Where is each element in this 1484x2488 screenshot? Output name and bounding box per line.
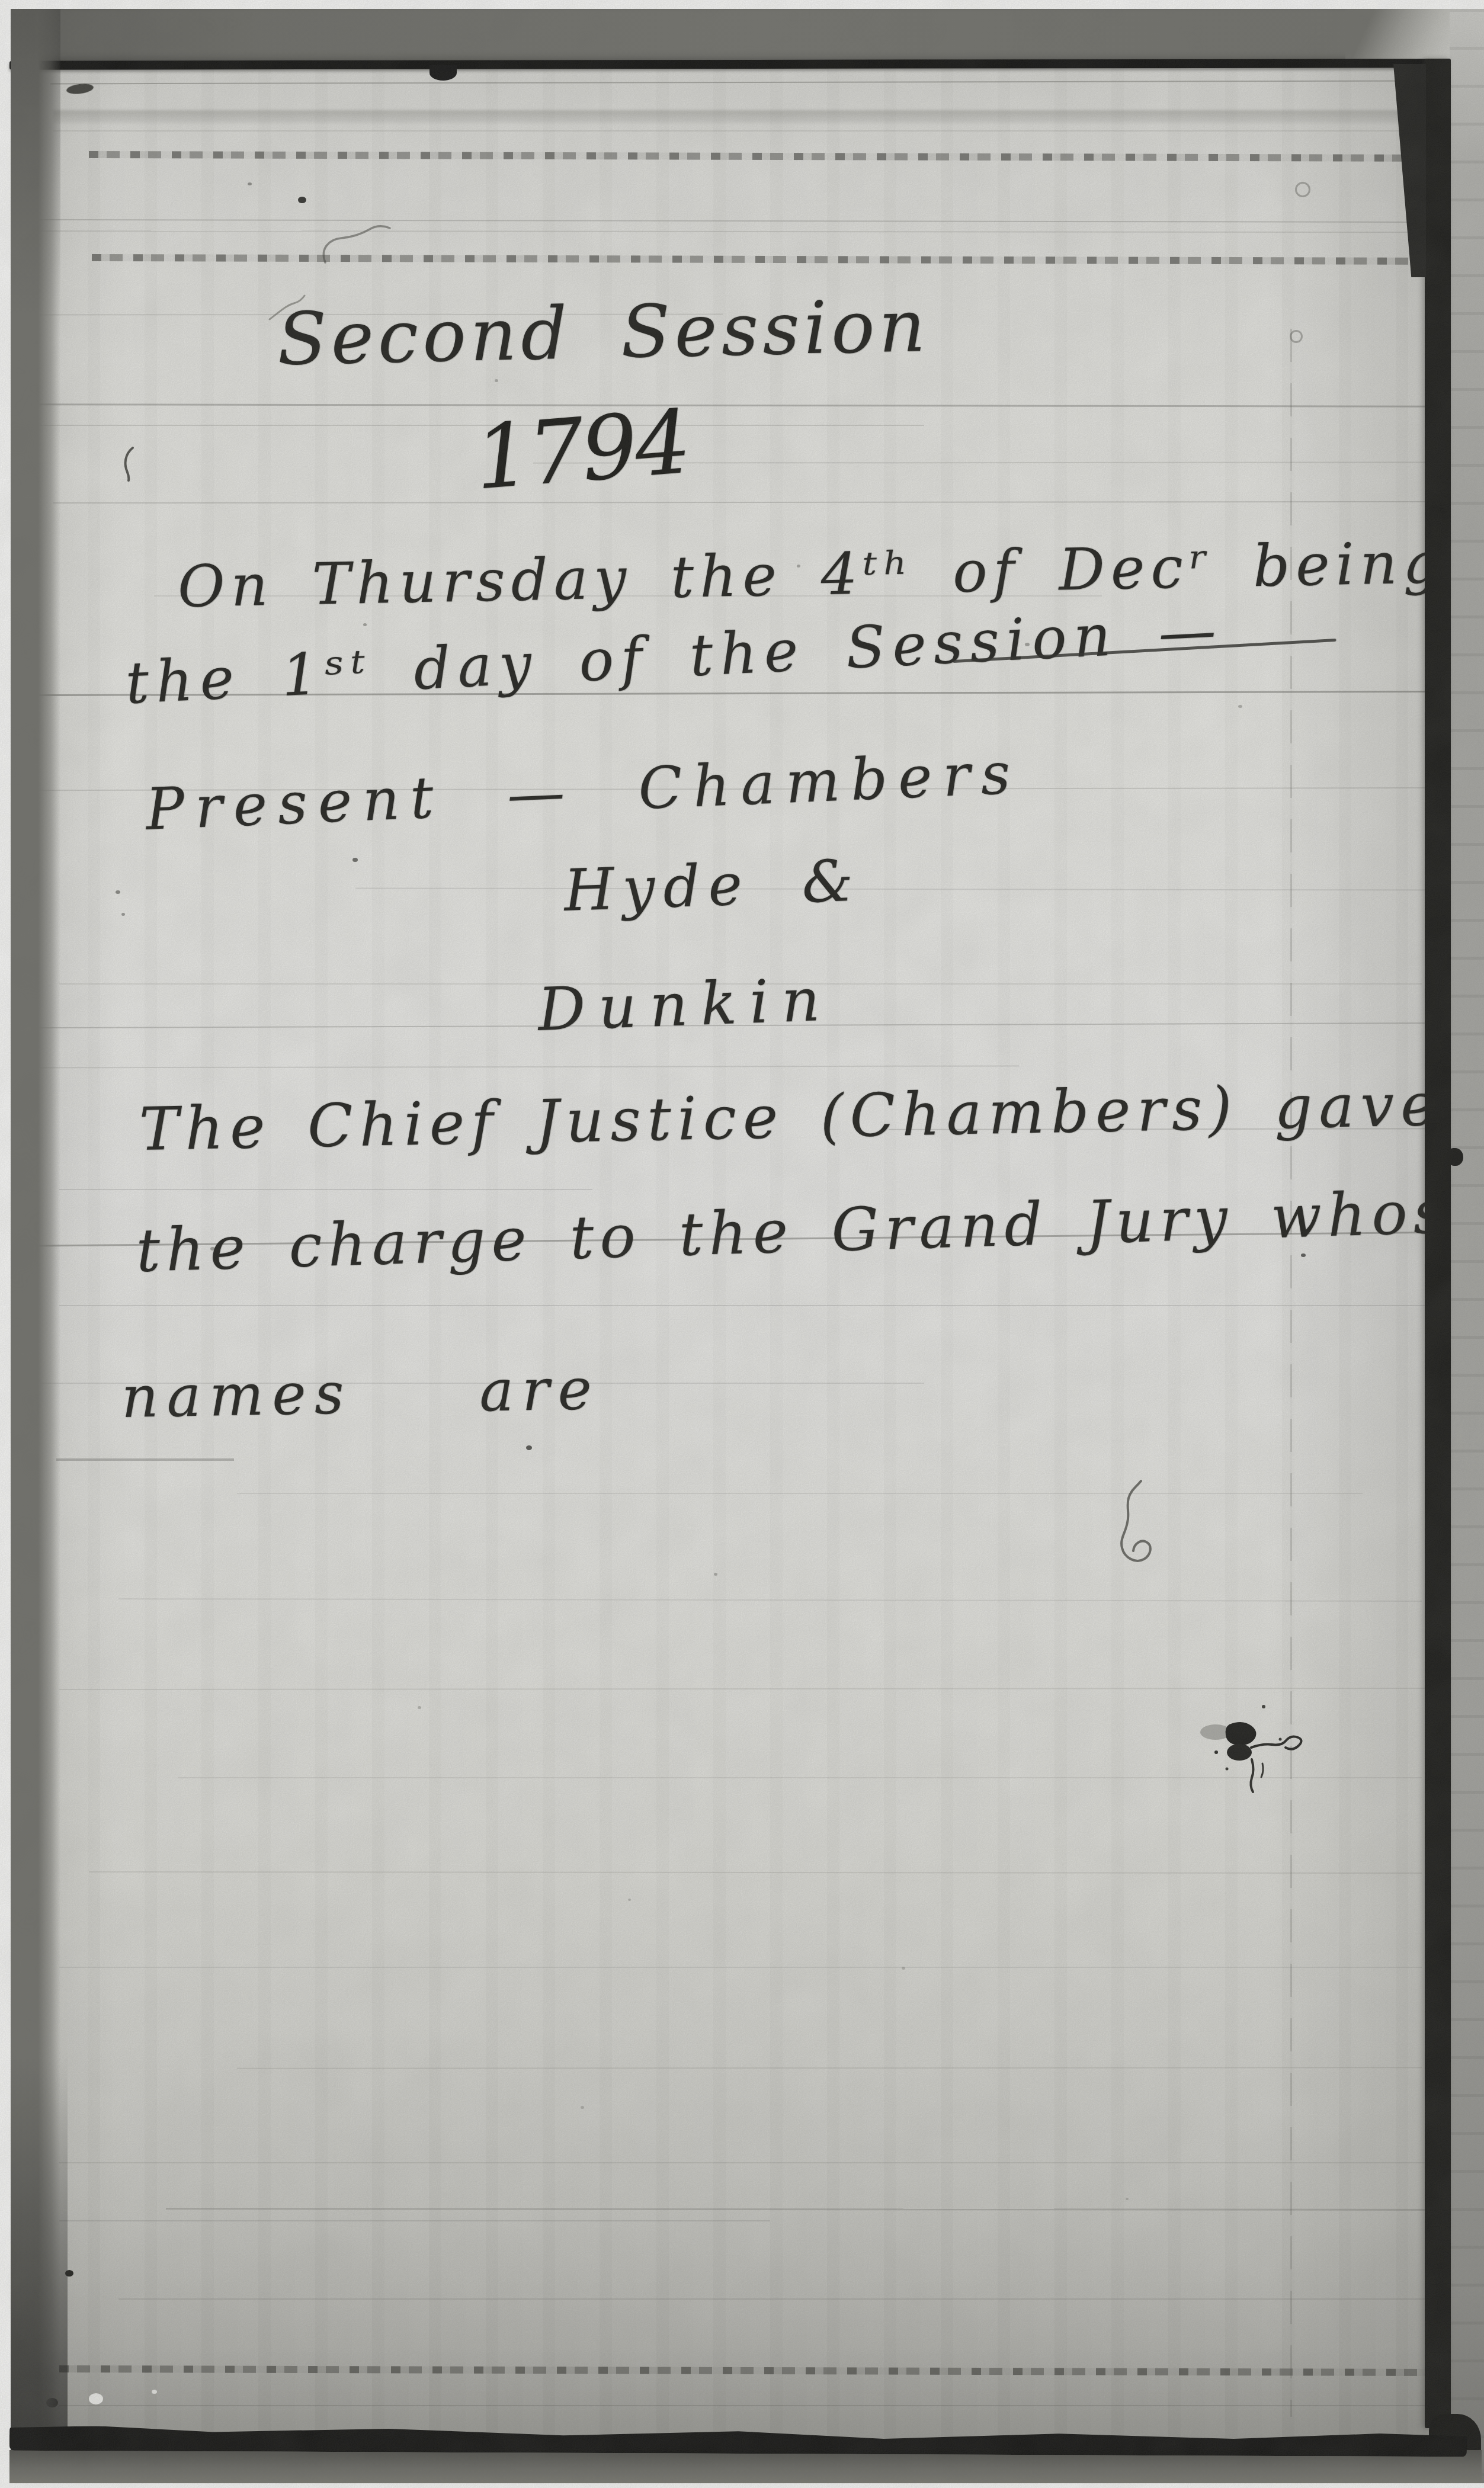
- right-edge-gray-strip: [1450, 9, 1484, 2483]
- left-edge-shadow-bottom: [11, 2057, 68, 2483]
- manuscript-scan-page: Second Session 1794 On Thursday the 4ᵗʰ …: [0, 0, 1484, 2488]
- ink-blot: [1200, 1705, 1302, 1792]
- ink-splatter-dot: [1279, 1738, 1282, 1741]
- ink-splatter-dot: [1214, 1750, 1218, 1754]
- ink-splatter-dot: [1262, 1705, 1265, 1708]
- ink-drip: [1261, 1764, 1263, 1777]
- hair-squiggle-mark: [1121, 1481, 1150, 1561]
- top-edge-ink-drip: [430, 65, 457, 81]
- top-edge-shadow-band: [11, 9, 1373, 63]
- ink-blot-secondary: [1227, 1744, 1252, 1761]
- curl-mark: [323, 226, 390, 262]
- wisp-mark: [270, 296, 305, 319]
- ink-drip: [1251, 1759, 1253, 1792]
- binding-blob: [1448, 1148, 1463, 1166]
- pen-flourish-mark: [126, 448, 133, 480]
- ink-blot-main: [1226, 1722, 1257, 1745]
- right-binding-black-band: [1425, 59, 1451, 2428]
- ink-splatter-dot: [1226, 1768, 1229, 1771]
- pen-marks-overlay: [0, 0, 1484, 2488]
- left-edge-shadow-top: [11, 9, 60, 317]
- ink-blot-squiggle: [1251, 1736, 1302, 1749]
